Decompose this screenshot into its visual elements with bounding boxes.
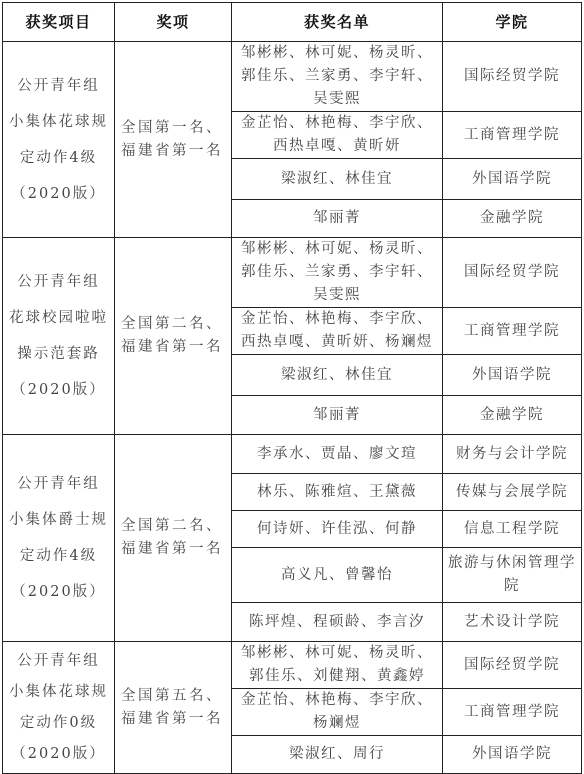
- award-cell: 全国第五名、 福建省第一名: [115, 642, 232, 763]
- college-cell: 金融学院: [443, 396, 582, 435]
- college-cell: 工商管理学院: [443, 308, 582, 355]
- names-cell: 何诗妍、许佳泓、何静: [232, 511, 443, 548]
- names-cell: 李承水、贾晶、廖文瑄: [232, 435, 443, 474]
- award-cell: 全国第一名、 福建省第一名: [115, 42, 232, 238]
- names-cell: 金芷怡、林艳梅、李宇欣、西热卓嘎、黄昕妍、杨斓煜: [232, 308, 443, 355]
- names-cell: 邹彬彬、林可妮、杨灵昕、郭佳乐、兰家勇、李宇轩、吴雯熙: [232, 238, 443, 308]
- names-cell: 梁淑红、周行: [232, 736, 443, 763]
- header-names: 获奖名单: [232, 3, 443, 42]
- header-project: 获奖项目: [3, 3, 115, 42]
- college-cell: 国际经贸学院: [443, 42, 582, 112]
- award-cell: 全国第二名、 福建省第一名: [115, 238, 232, 435]
- award-cell: 全国第二名、 福建省第一名: [115, 435, 232, 642]
- college-cell: 国际经贸学院: [443, 238, 582, 308]
- names-cell: 邹彬彬、林可妮、杨灵昕、郭佳乐、兰家勇、李宇轩、吴雯熙: [232, 42, 443, 112]
- header-college: 学院: [443, 3, 582, 42]
- college-cell: 财务与会计学院: [443, 435, 582, 474]
- names-cell: 邹彬彬、林可妮、杨灵昕、郭佳乐、刘健翔、黄鑫婷: [232, 642, 443, 689]
- header-row: 获奖项目 奖项 获奖名单 学院: [3, 3, 582, 42]
- names-cell: 邹丽菁: [232, 396, 443, 435]
- project-cell: 公开青年组 花球校园啦啦 操示范套路 （2020版）: [3, 238, 115, 435]
- table-row: 公开青年组 小集体花球规 定动作0级 （2020版） 全国第五名、 福建省第一名…: [3, 642, 582, 689]
- names-cell: 林乐、陈雅煊、王黛薇: [232, 474, 443, 511]
- college-cell: 艺术设计学院: [443, 603, 582, 642]
- college-cell: 外国语学院: [443, 736, 582, 763]
- names-cell: 梁淑红、林佳宜: [232, 355, 443, 396]
- names-cell: 金芷怡、林艳梅、李宇欣、杨斓煜: [232, 689, 443, 736]
- names-cell: 陈坪煌、程硕龄、李言汐: [232, 603, 443, 642]
- project-cell: 公开青年组 小集体花球规 定动作0级 （2020版）: [3, 642, 115, 763]
- table-row: 公开青年组 花球校园啦啦 操示范套路 （2020版） 全国第二名、 福建省第一名…: [3, 238, 582, 308]
- college-cell: 国际经贸学院: [443, 642, 582, 689]
- college-cell: 工商管理学院: [443, 112, 582, 159]
- college-cell: 传媒与会展学院: [443, 474, 582, 511]
- college-cell: 信息工程学院: [443, 511, 582, 548]
- college-cell: 外国语学院: [443, 355, 582, 396]
- table-row: 公开青年组 小集体花球规 定动作4级 （2020版） 全国第一名、 福建省第一名…: [3, 42, 582, 112]
- project-cell: 公开青年组 小集体花球规 定动作4级 （2020版）: [3, 42, 115, 238]
- names-cell: 梁淑红、林佳宜: [232, 159, 443, 200]
- college-cell: 外国语学院: [443, 159, 582, 200]
- awards-table: 获奖项目 奖项 获奖名单 学院 公开青年组 小集体花球规 定动作4级 （2020…: [2, 2, 582, 762]
- header-award: 奖项: [115, 3, 232, 42]
- table-row: 公开青年组 小集体爵士规 定动作4级 （2020版） 全国第二名、 福建省第一名…: [3, 435, 582, 474]
- names-cell: 金芷怡、林艳梅、李宇欣、西热卓嘎、黄昕妍: [232, 112, 443, 159]
- project-cell: 公开青年组 小集体爵士规 定动作4级 （2020版）: [3, 435, 115, 642]
- college-cell: 工商管理学院: [443, 689, 582, 736]
- names-cell: 邹丽菁: [232, 200, 443, 238]
- college-cell: 旅游与休闲管理学院: [443, 548, 582, 603]
- names-cell: 高义凡、曾馨怡: [232, 548, 443, 603]
- college-cell: 金融学院: [443, 200, 582, 238]
